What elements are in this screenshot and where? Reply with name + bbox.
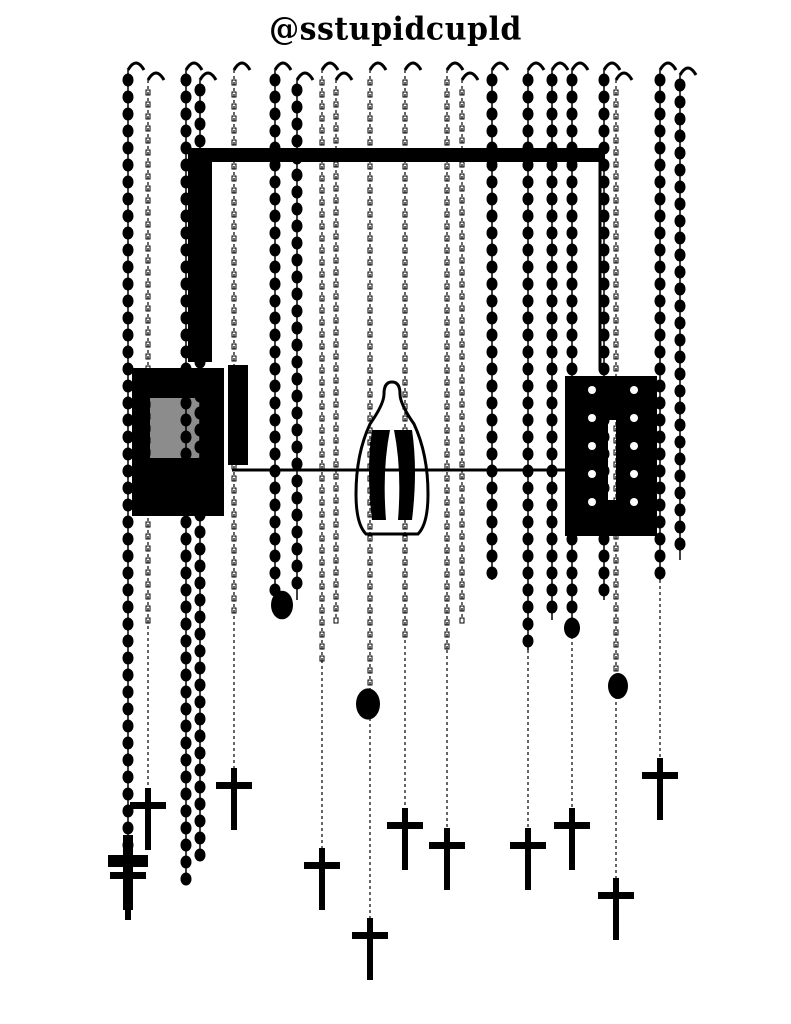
crucifix-icon <box>429 828 465 890</box>
crucifix-icon <box>642 758 678 820</box>
rosary <box>547 63 569 620</box>
rosary <box>487 63 509 580</box>
crucifix-icon <box>598 878 634 940</box>
medal-icon <box>564 618 580 639</box>
rosary <box>510 63 546 890</box>
crucifix-icon <box>352 918 388 980</box>
crucifix-icon <box>510 828 546 890</box>
medal-icon <box>271 591 293 620</box>
crucifix-icon <box>130 788 166 850</box>
medal-icon <box>608 673 628 699</box>
crucifix-icon <box>387 808 423 870</box>
rosary <box>270 63 292 600</box>
picture-frames <box>132 148 657 536</box>
rosary <box>352 63 388 980</box>
crucifix-icon <box>304 848 340 910</box>
medal-icon <box>356 688 380 719</box>
rosary <box>675 68 697 560</box>
crucifix-icon <box>554 808 590 870</box>
rosary <box>387 63 423 870</box>
crucifix-icon <box>216 768 252 830</box>
rosary-artwork <box>0 0 791 1024</box>
virgin-mary-statue <box>356 382 428 534</box>
